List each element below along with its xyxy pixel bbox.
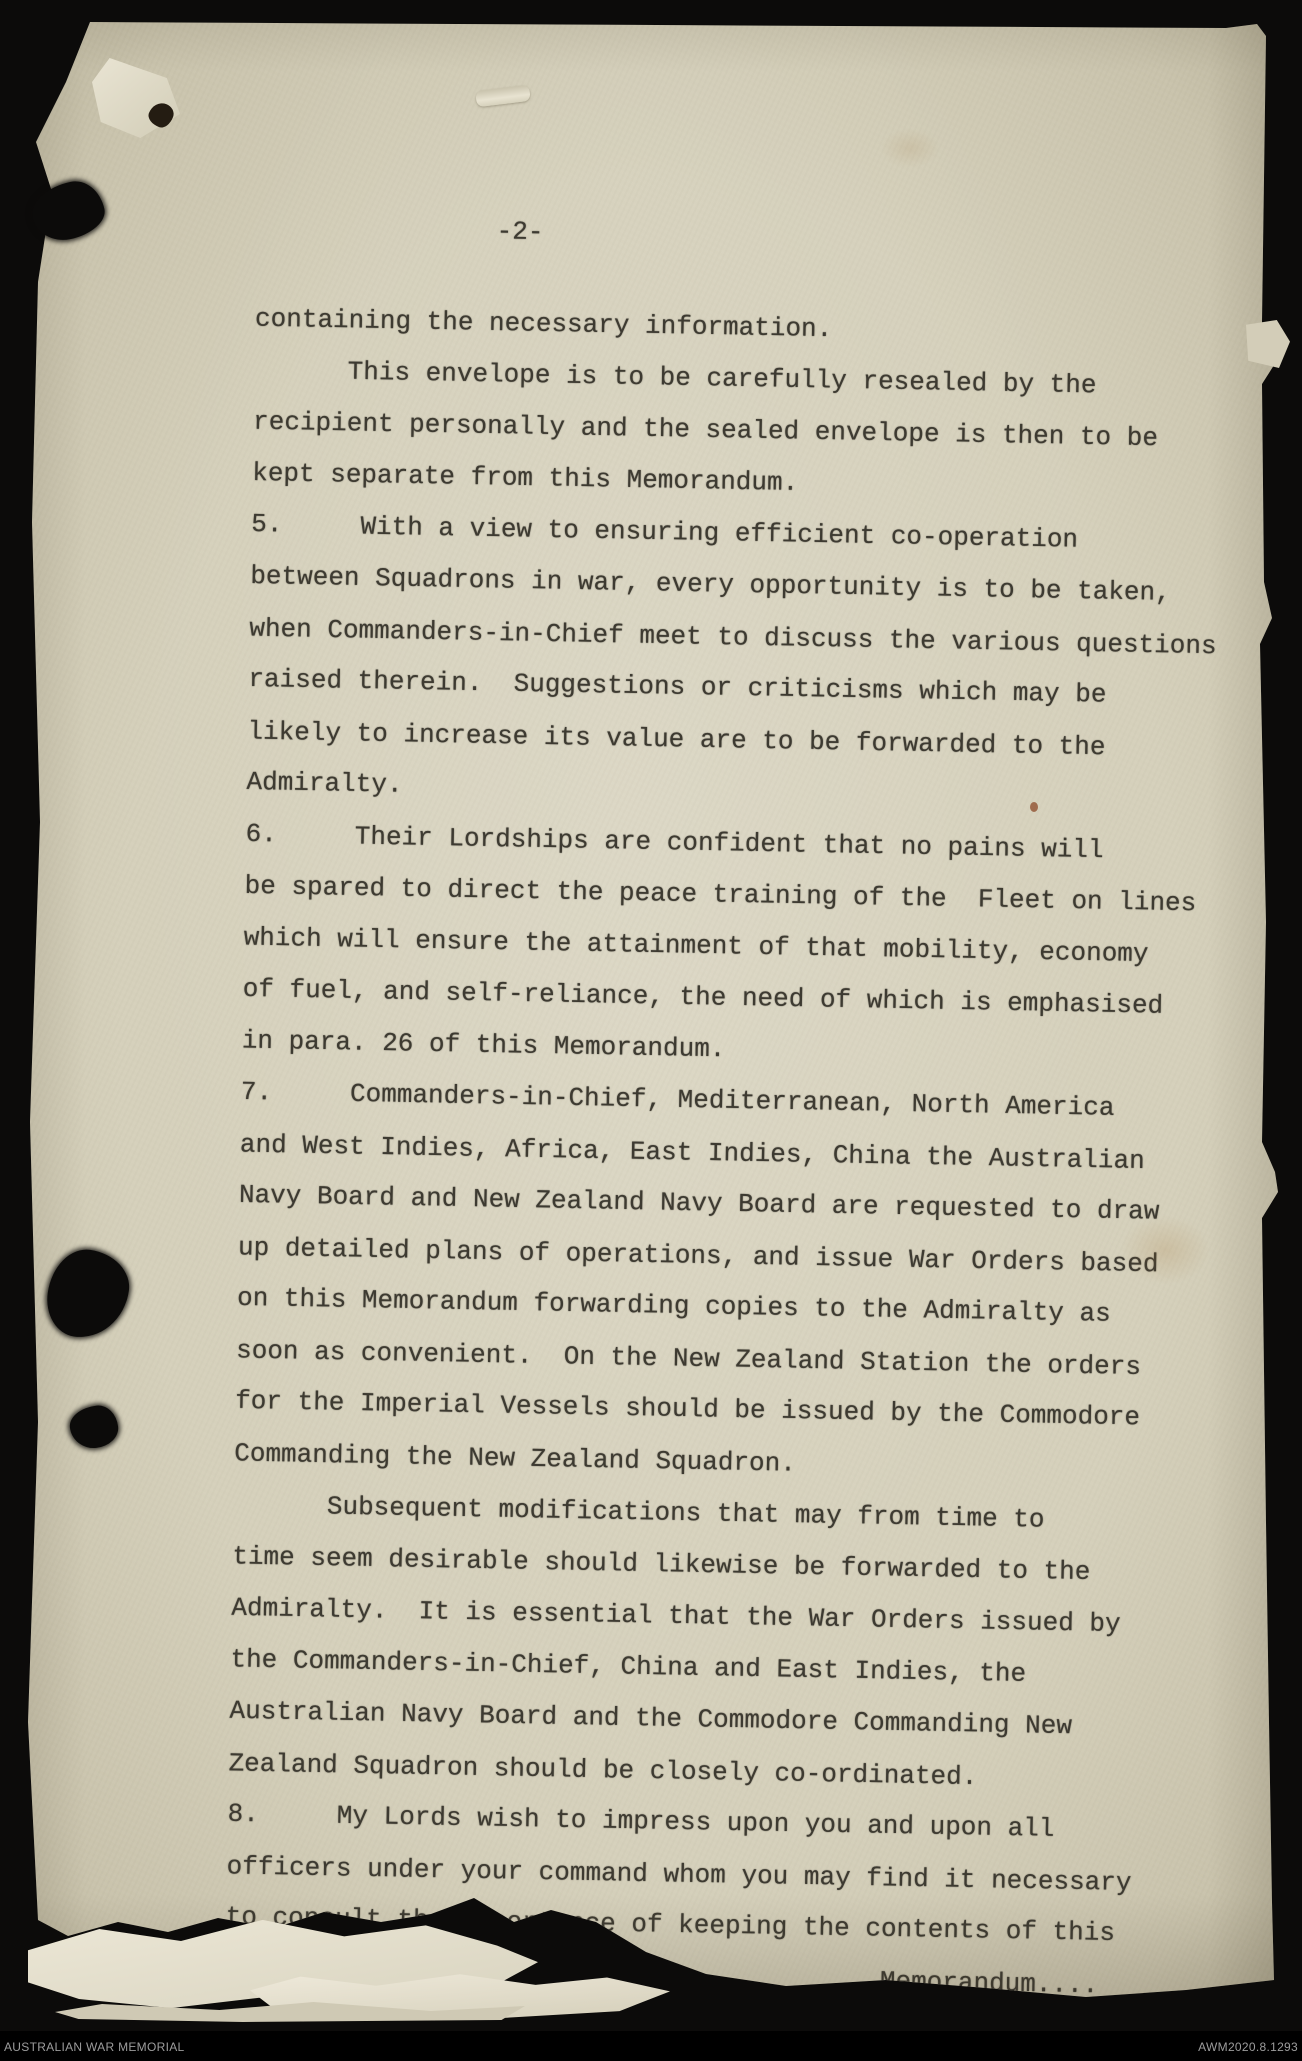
torn-fragment	[28, 1918, 538, 2010]
staple-mark	[475, 85, 531, 107]
text-line-content: Admiralty.	[246, 767, 403, 800]
page-number: -2-	[256, 212, 1247, 282]
scanned-document-mount: -2- containing the necessary information…	[0, 0, 1302, 2061]
typewritten-text: -2- containing the necessary information…	[224, 212, 1247, 2023]
torn-edge-sliver	[1246, 320, 1290, 368]
text-line-content: containing the necessary information.	[255, 304, 833, 345]
torn-fragment	[250, 1972, 670, 2018]
paragraph-number: 7.	[241, 1077, 273, 1108]
paper-sheet: -2- containing the necessary information…	[26, 22, 1278, 2014]
catalogue-number: AWM2020.8.1293	[1198, 2040, 1298, 2054]
archive-footer-bar: AUSTRALIAN WAR MEMORIAL AWM2020.8.1293	[0, 2031, 1302, 2061]
torn-fragment	[55, 2002, 525, 2022]
document-body: containing the necessary information.Thi…	[224, 303, 1245, 2023]
archive-name: AUSTRALIAN WAR MEMORIAL	[4, 2040, 184, 2054]
paragraph-number: 8.	[227, 1799, 259, 1830]
